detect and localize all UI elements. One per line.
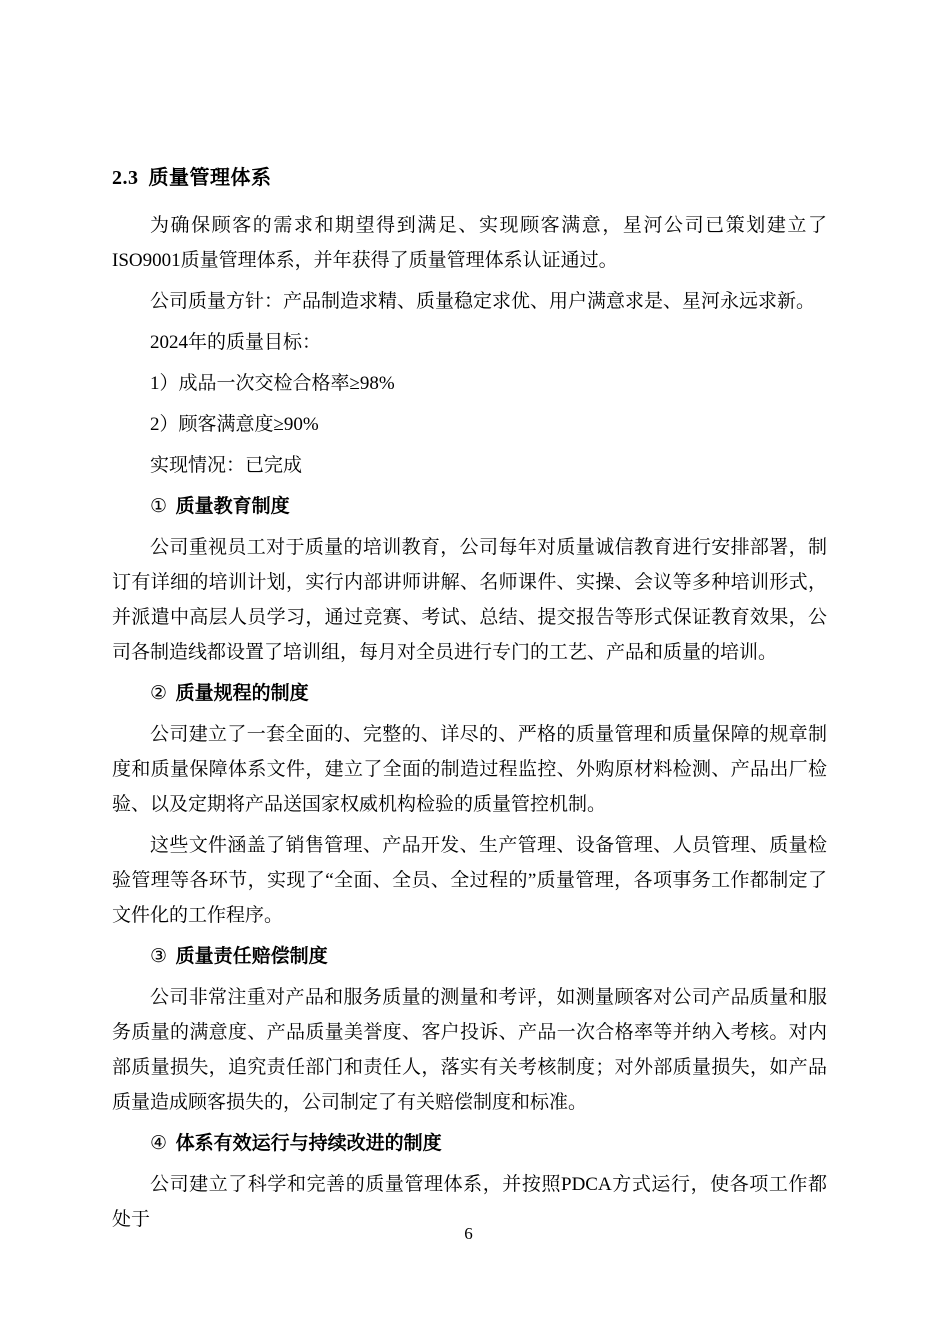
paragraph-compensation: 公司非常注重对产品和服务质量的测量和考评，如测量顾客对公司产品质量和服务质量的满…: [112, 980, 827, 1120]
circled-number-1: ①: [150, 496, 167, 517]
subsection-title-3: 质量责任赔偿制度: [176, 946, 328, 967]
circled-number-4: ④: [150, 1133, 167, 1154]
section-number: 2.3: [112, 167, 139, 189]
subsection-heading-3: ③质量责任赔偿制度: [112, 939, 827, 974]
subsection-title-2: 质量规程的制度: [176, 683, 309, 704]
circled-number-2: ②: [150, 683, 167, 704]
paragraph-intro: 为确保顾客的需求和期望得到满足、实现顾客满意，星河公司已策划建立了ISO9001…: [112, 208, 827, 278]
page-number: 6: [464, 1224, 473, 1243]
paragraph-quality-policy: 公司质量方针：产品制造求精、质量稳定求优、用户满意求是、星河永远求新。: [112, 284, 827, 319]
subsection-heading-4: ④体系有效运行与持续改进的制度: [112, 1126, 827, 1161]
subsection-heading-2: ②质量规程的制度: [112, 676, 827, 711]
section-heading: 2.3质量管理体系: [112, 162, 827, 194]
paragraph-goal-2: 2）顾客满意度≥90%: [112, 407, 827, 442]
subsection-heading-1: ①质量教育制度: [112, 489, 827, 524]
paragraph-goal-1: 1）成品一次交检合格率≥98%: [112, 366, 827, 401]
paragraph-goals-title: 2024年的质量目标：: [112, 325, 827, 360]
page-footer: 6: [0, 1222, 937, 1246]
paragraph-goal-status: 实现情况：已完成: [112, 448, 827, 483]
subsection-title-4: 体系有效运行与持续改进的制度: [176, 1133, 442, 1154]
paragraph-regulations-2: 这些文件涵盖了销售管理、产品开发、生产管理、设备管理、人员管理、质量检验管理等各…: [112, 828, 827, 933]
circled-number-3: ③: [150, 946, 167, 967]
section-title: 质量管理体系: [149, 167, 272, 189]
paragraph-education: 公司重视员工对于质量的培训教育，公司每年对质量诚信教育进行安排部署，制订有详细的…: [112, 530, 827, 670]
paragraph-regulations-1: 公司建立了一套全面的、完整的、详尽的、严格的质量管理和质量保障的规章制度和质量保…: [112, 717, 827, 822]
subsection-title-1: 质量教育制度: [176, 496, 290, 517]
document-page: 2.3质量管理体系 为确保顾客的需求和期望得到满足、实现顾客满意，星河公司已策划…: [0, 0, 937, 1325]
